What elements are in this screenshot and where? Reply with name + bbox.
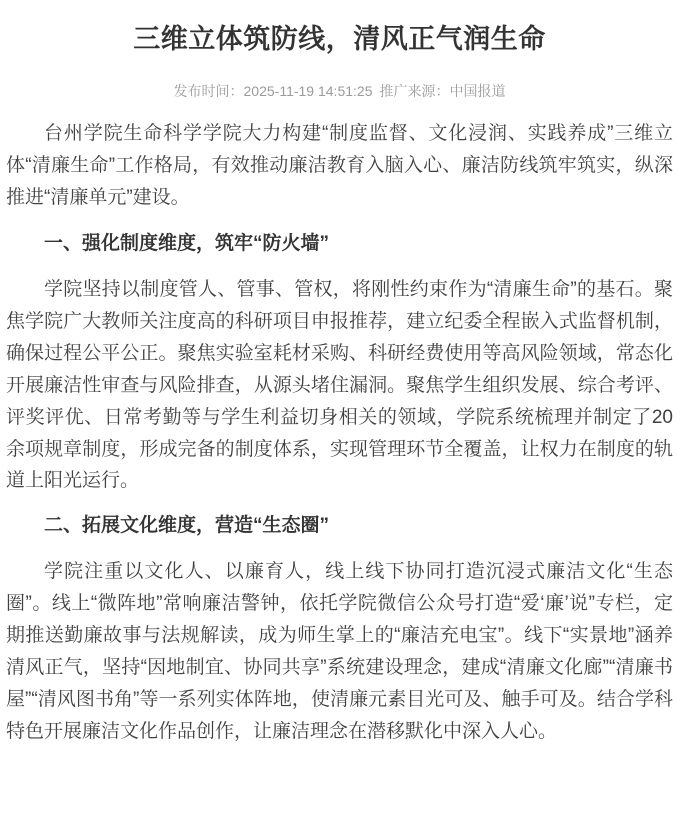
source-value: 中国报道 — [449, 83, 505, 99]
paragraph-section-1: 学院坚持以制度管人、管事、管权，将刚性约束作为“清廉生命”的基石。聚焦学院广大教… — [6, 274, 673, 497]
source-label: 推广来源： — [379, 83, 449, 99]
article-page: 三维立体筑防线，清风正气润生命 发布时间：2025-11-19 14:51:25… — [0, 22, 680, 760]
paragraph-section-2: 学院注重以文化人、以廉育人，线上线下协同打造沉浸式廉洁文化“生态圈”。线上“微阵… — [6, 556, 673, 747]
article-meta: 发布时间：2025-11-19 14:51:25推广来源：中国报道 — [6, 81, 673, 101]
section-heading-1: 一、强化制度维度，筑牢“防火墙” — [6, 228, 673, 260]
publish-time-value: 2025-11-19 14:51:25 — [244, 83, 373, 99]
page-title: 三维立体筑防线，清风正气润生命 — [6, 22, 673, 57]
publish-time-label: 发布时间： — [174, 83, 244, 99]
section-heading-2: 二、拓展文化维度，营造“生态圈” — [6, 510, 673, 542]
paragraph-intro: 台州学院生命科学学院大力构建“制度监督、文化浸润、实践养成”三维立体“清廉生命”… — [6, 118, 673, 214]
